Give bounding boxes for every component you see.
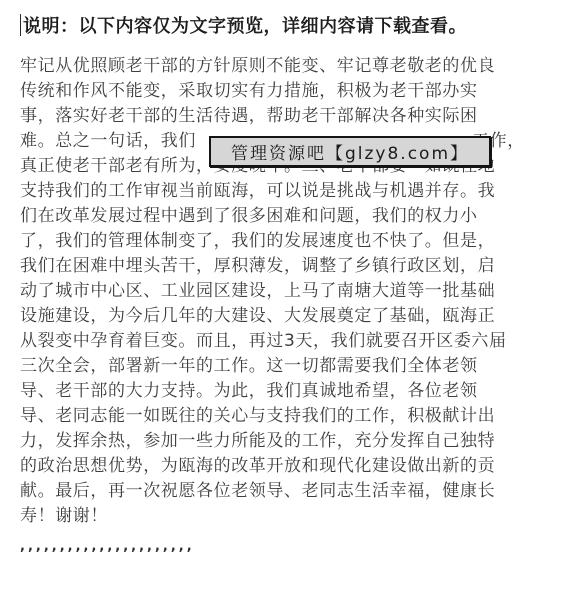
text-line: 支持我们的工作审视当前瓯海，可以说是挑战与机遇并存。我 — [20, 179, 565, 204]
text-line: 献。最后，再一次祝愿各位老领导、老同志生活幸福，健康长 — [20, 479, 565, 504]
text-line: 牢记从优照顾老干部的方针原则不能变、牢记尊老敬老的优良 — [20, 54, 565, 79]
text-line: 设施建设，为今后几年的大建设、大发展奠定了基础，瓯海正 — [20, 304, 565, 329]
text-line: 三次全会，部署新一年的工作。这一切都需要我们全体老领 — [20, 354, 565, 379]
text-fragment-left: 难。总之一句话，我们 — [20, 131, 196, 151]
text-line: 导、老同志能一如既往的关心与支持我们的工作，积极献计出 — [20, 404, 565, 429]
notice-banner: 说明：以下内容仅为文字预览，详细内容请下载查看。 — [20, 14, 467, 40]
document-body: 牢记从优照顾老干部的方针原则不能变、牢记尊老敬老的优良传统和作风不能变，采取切实… — [20, 54, 565, 559]
text-line: 事，落实好老干部的生活待遇，帮助老干部解决各种实际困 — [20, 104, 565, 129]
text-line: 力，发挥余热，参加一些力所能及的工作，充分发挥自己独特 — [20, 429, 565, 454]
text-line: 们在改革发展过程中遇到了很多困难和问题，我们的权力小 — [20, 204, 565, 229]
text-line: 寿！谢谢！ — [20, 504, 565, 529]
text-line: 导、老干部的大力支持。为此，我们真诚地希望，各位老领 — [20, 379, 565, 404]
text-line: 了，我们的管理体制变了，我们的发展速度也不快了。但是， — [20, 229, 565, 254]
text-line: 传统和作风不能变，采取切实有力措施，积极为老干部办实 — [20, 79, 565, 104]
preview-page: 说明：以下内容仅为文字预览，详细内容请下载查看。 牢记从优照顾老干部的方针原则不… — [0, 0, 578, 600]
watermark-badge: 管理资源吧【glzy8.com】 — [209, 136, 491, 167]
text-line: 从裂变中孕育着巨变。而且，再过3天，我们就要召开区委六届 — [20, 329, 565, 354]
ellipsis-line: ,,,,,,,,,,,,,,,,,,,,,, — [20, 534, 565, 559]
text-caret — [20, 14, 21, 36]
text-line: 动了城市中心区、工业园区建设，上马了南塘大道等一批基础 — [20, 279, 565, 304]
text-line: 的政治思想优势，为瓯海的改革开放和现代化建设做出新的贡 — [20, 454, 565, 479]
notice-text: 说明：以下内容仅为文字预览，详细内容请下载查看。 — [23, 16, 467, 37]
text-line: 我们在困难中埋头苦干，厚积薄发，调整了乡镇行政区划，启 — [20, 254, 565, 279]
